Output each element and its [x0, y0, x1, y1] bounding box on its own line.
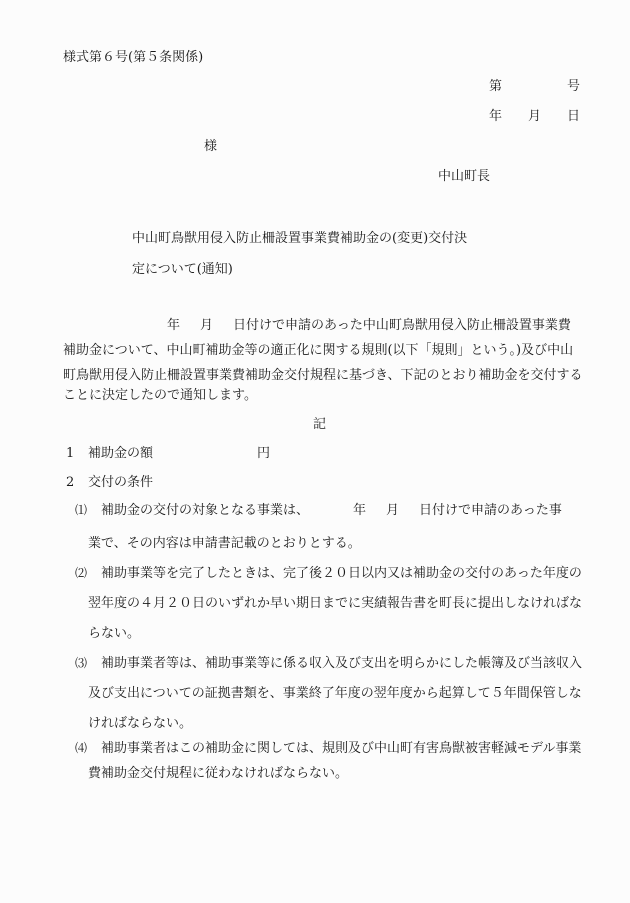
body-year-label: 年: [167, 318, 180, 333]
body-paragraph-line-2: 補助金について、中山町補助金等の適正化に関する規則(以下「規則」という。)及び中…: [63, 344, 573, 357]
doc-number-suffix: 号: [567, 80, 580, 93]
condition-4-line-2: 費補助金交付規程に従わなければならない。: [88, 767, 348, 780]
condition-1-text-start: 補助金の交付の対象となる事業は、: [101, 503, 309, 518]
condition-1-text-rest: 日付けで申請のあった事: [419, 503, 562, 518]
doc-number-prefix: 第: [489, 80, 502, 93]
condition-3-line-2: 及び支出についての証拠書類を、事業終了年度の翌年度から起算して５年間保管しな: [88, 687, 582, 700]
addressee-honorific: 様: [204, 140, 217, 153]
condition-3-number: ⑶: [75, 657, 87, 669]
ki-heading: 記: [313, 418, 326, 431]
condition-2-line-2: 翌年度の４月２０日のいずれか早い期日までに実績報告書を町長に提出しなければな: [88, 597, 582, 610]
condition-3-line-1: 補助事業者等は、補助事業等に係る収入及び支出を明らかにした帳簿及び当該収入: [101, 657, 582, 670]
condition-1-line-1: 補助金の交付の対象となる事業は、年月日付けで申請のあった事: [101, 504, 562, 517]
issuer-name: 中山町長: [438, 170, 490, 183]
body-line-1-text: 日付けで申請のあった中山町鳥獣用侵入防止柵設置事業費: [233, 318, 571, 333]
condition-1-month-label: 月: [386, 503, 399, 518]
date-day-label: 日: [567, 110, 580, 123]
condition-4-number: ⑷: [75, 742, 87, 754]
condition-1-number: ⑴: [75, 504, 87, 516]
item-2-label: 交付の条件: [88, 476, 153, 489]
condition-1-year-label: 年: [353, 503, 366, 518]
body-paragraph-line-4: ことに決定したので通知します。: [63, 389, 257, 402]
body-paragraph-line-1: 年月日付けで申請のあった中山町鳥獣用侵入防止柵設置事業費: [63, 319, 571, 332]
condition-4-line-1: 補助事業者はこの補助金に関しては、規則及び中山町有害鳥獣被害軽減モデル事業: [101, 742, 581, 755]
form-label: 様式第６号(第５条関係): [63, 51, 203, 64]
date-month-label: 月: [528, 110, 541, 123]
item-1-label: 補助金の額: [88, 447, 153, 460]
condition-2-line-1: 補助事業等を完了したときは、完了後２０日以内又は補助金の交付のあった年度の: [101, 567, 582, 580]
item-1-unit: 円: [257, 447, 270, 460]
condition-2-line-3: らない。: [88, 627, 140, 640]
document-title-line-1: 中山町鳥獣用侵入防止柵設置事業費補助金の(変更)交付決: [132, 232, 467, 245]
condition-2-number: ⑵: [75, 567, 87, 579]
body-month-label: 月: [200, 318, 213, 333]
document-title-line-2: 定について(通知): [132, 263, 233, 276]
date-year-label: 年: [489, 110, 502, 123]
body-paragraph-line-3: 町鳥獣用侵入防止柵設置事業費補助金交付規程に基づき、下記のとおり補助金を交付する: [63, 369, 582, 382]
condition-3-line-3: ければならない。: [88, 717, 192, 730]
condition-1-line-2: 業で、その内容は申請書記載のとおりとする。: [88, 537, 361, 550]
item-1-number: 1: [66, 447, 74, 460]
item-2-number: 2: [66, 476, 74, 489]
